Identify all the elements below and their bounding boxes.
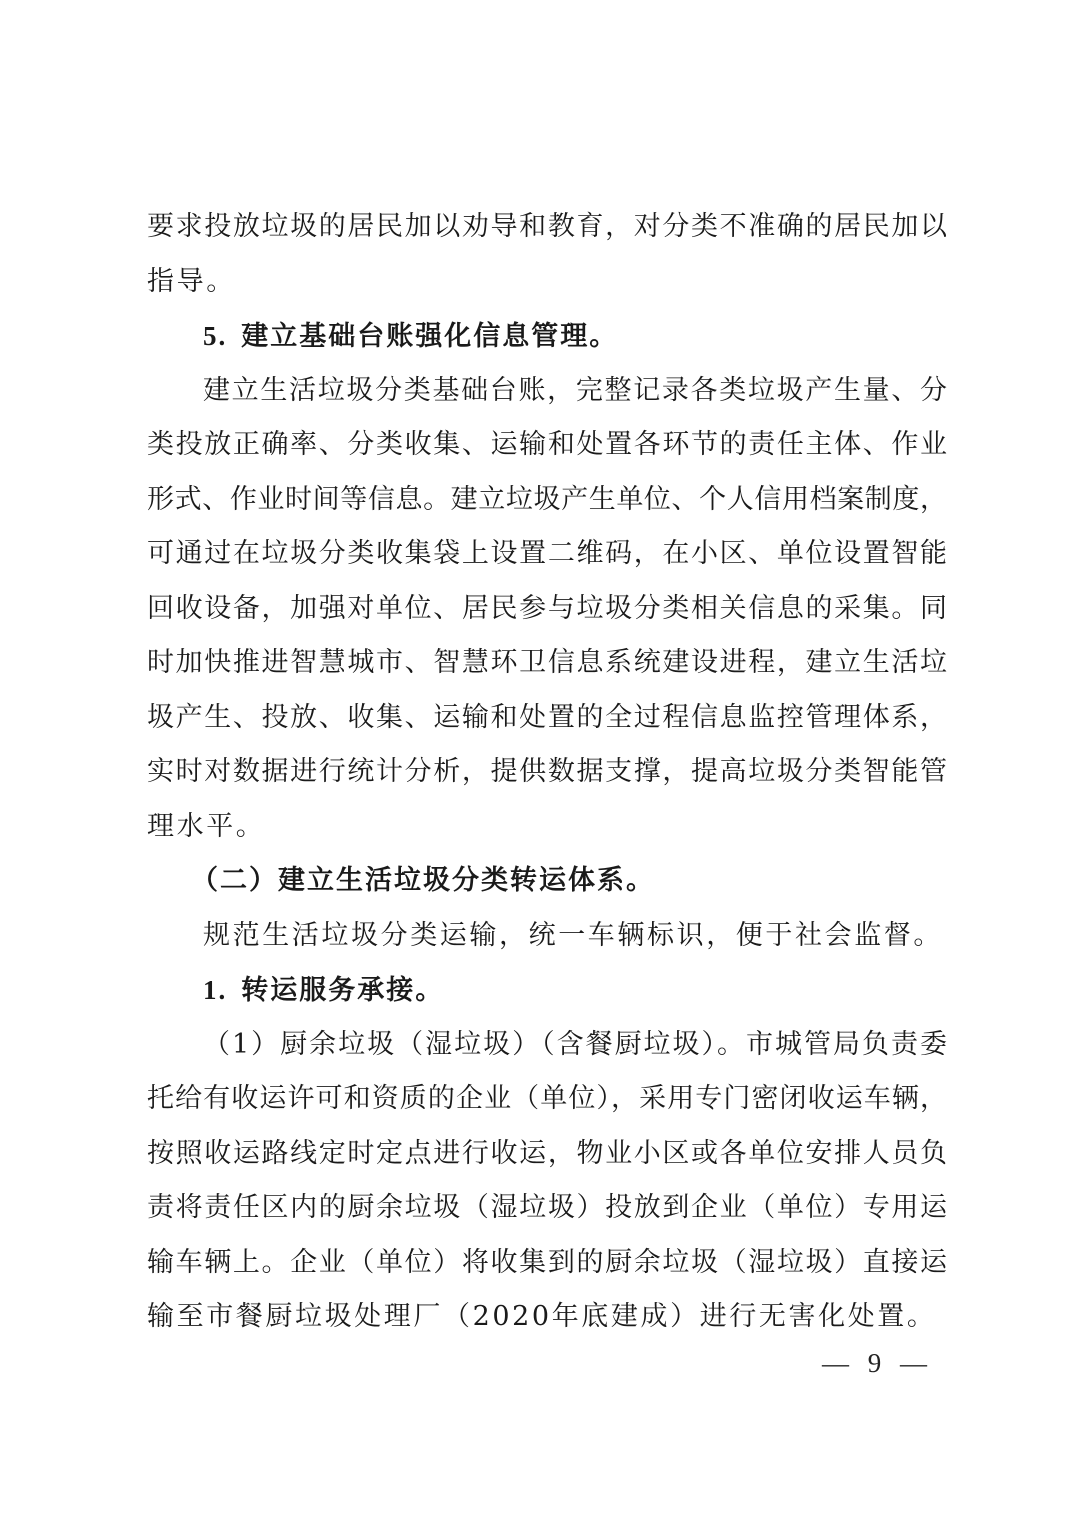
paragraph-line: 托给有收运许可和资质的企业（单位），采用专门密闭收运车辆， bbox=[147, 1072, 947, 1127]
section-heading-1: 1.转运服务承接。 bbox=[147, 963, 947, 1018]
paragraph-line: 类投放正确率、分类收集、运输和处置各环节的责任主体、作业 bbox=[147, 418, 947, 473]
paragraph-line: 按照收运路线定时定点进行收运，物业小区或各单位安排人员负 bbox=[147, 1127, 947, 1182]
paragraph-line: 理水平。 bbox=[147, 800, 947, 855]
heading-text: 转运服务承接。 bbox=[241, 975, 444, 1006]
paragraph-line: 时加快推进智慧城市、智慧环卫信息系统建设进程，建立生活垃 bbox=[147, 636, 947, 691]
paragraph-line: （1）厨余垃圾（湿垃圾）（含餐厨垃圾）。市城管局负责委 bbox=[147, 1018, 947, 1073]
paragraph-line: 形式、作业时间等信息。建立垃圾产生单位、个人信用档案制度， bbox=[147, 473, 947, 528]
paragraph-line: 责将责任区内的厨余垃圾（湿垃圾）投放到企业（单位）专用运 bbox=[147, 1181, 947, 1236]
paragraph-line: 实时对数据进行统计分析，提供数据支撑，提高垃圾分类智能管 bbox=[147, 745, 947, 800]
document-page: 要求投放垃圾的居民加以劝导和教育，对分类不准确的居民加以 指导。 5.建立基础台… bbox=[147, 200, 947, 1345]
paragraph-line: 回收设备，加强对单位、居民参与垃圾分类相关信息的采集。同 bbox=[147, 582, 947, 637]
paragraph-line: 规范生活垃圾分类运输，统一车辆标识，便于社会监督。 bbox=[147, 909, 947, 964]
section-heading-5: 5.建立基础台账强化信息管理。 bbox=[147, 309, 947, 364]
page-number: — 9 — bbox=[822, 1348, 933, 1379]
paragraph-line: 输车辆上。企业（单位）将收集到的厨余垃圾（湿垃圾）直接运 bbox=[147, 1236, 947, 1291]
paragraph-line: 指导。 bbox=[147, 255, 947, 310]
paragraph-line: 输至市餐厨垃圾处理厂（2020年底建成）进行无害化处置。 bbox=[147, 1290, 947, 1345]
paragraph-line: 建立生活垃圾分类基础台账，完整记录各类垃圾产生量、分 bbox=[147, 364, 947, 419]
section-heading-2: （二）建立生活垃圾分类转运体系。 bbox=[135, 854, 947, 909]
paragraph-line: 可通过在垃圾分类收集袋上设置二维码，在小区、单位设置智能 bbox=[147, 527, 947, 582]
heading-number: 1. bbox=[203, 975, 227, 1005]
paragraph-line: 圾产生、投放、收集、运输和处置的全过程信息监控管理体系， bbox=[147, 691, 947, 746]
heading-number: 5. bbox=[203, 321, 227, 351]
paragraph-line: 要求投放垃圾的居民加以劝导和教育，对分类不准确的居民加以 bbox=[147, 200, 947, 255]
heading-text: 建立基础台账强化信息管理。 bbox=[241, 321, 618, 352]
